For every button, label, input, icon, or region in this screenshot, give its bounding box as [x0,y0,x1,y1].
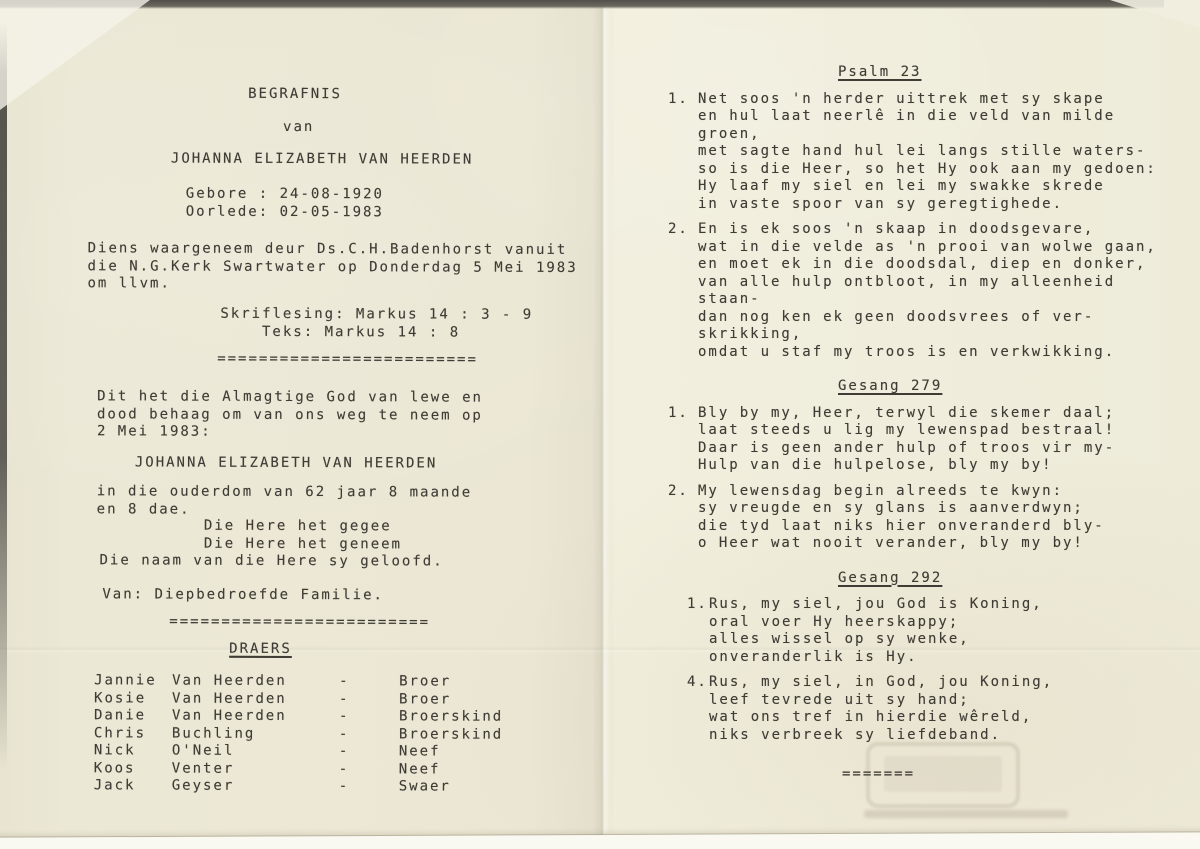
bearer-last: Van Heerden [172,708,339,726]
hymn-verse: 1.Rus, my siel, jou God is Koning, oral … [687,596,1184,666]
scripture-readings: Skriflesing: Markus 14 : 3 - 9 Teks: Mar… [220,306,533,342]
scan-edge-left [0,22,7,770]
right-page hymns-column: Psalm 231.Net soos 'n herder uittrek met… [668,64,1184,752]
bearer-first: Chris [94,725,172,743]
bearer-first: Nick [94,742,172,760]
bearer-last: O'Neil [172,743,339,761]
bearer-first: Jack [94,777,172,795]
verse-lines: My lewensdag begin alreeds te kwyn: sy v… [698,483,1105,553]
hymn-heading: Gesang 292 [838,570,1184,588]
hymn-heading-text: Psalm 23 [838,64,921,80]
obituary-text: Dit het die Almagtige God van lewe en do… [97,388,483,442]
hymn-heading: Psalm 23 [838,64,1184,82]
bearer-row: JackGeyser-Swaer [94,777,503,796]
scanned-funeral-program: { "colors": { "paper": "#eeebd9", "ink":… [0,0,1200,849]
bearer-dash: - [339,726,399,744]
bearer-row: NickO'Neil-Neef [94,742,503,761]
hymn-heading-text: Gesang 279 [838,378,942,394]
verse-lines: Bly by my, Heer, terwyl die skemer daal;… [698,405,1115,475]
bearers-table: JannieVan Heerden-BroerKosieVan Heerden-… [94,672,504,796]
deceased-name: JOHANNA ELIZABETH VAN HEERDEN [171,151,473,170]
divider-line: ========================= [169,614,430,632]
bearer-last: Van Heerden [172,690,339,708]
bearer-last: Venter [172,760,339,778]
bearer-first: Danie [94,707,172,725]
verse-number: 1. [668,91,698,214]
age-text: in die ouderdom van 62 jaar 8 maande en … [97,483,473,519]
bearer-dash: - [339,708,399,726]
bearer-dash: - [339,778,399,796]
bearers-heading: DRAERS [229,641,292,659]
scan-edge-top [0,0,1164,9]
hymn-verse: 4.Rus, my siel, in God, jou Koning, leef… [687,674,1184,744]
bearer-row: KoosVenter-Neef [94,760,503,779]
bearer-dash: - [339,761,399,779]
verse-number: 2. [668,483,698,553]
hymn-heading: Gesang 279 [838,378,1184,396]
bearer-rel: Broer [399,673,451,691]
hymn-verse: 1.Net soos 'n herder uittrek met sy skap… [668,91,1184,214]
verse-number: 4. [687,674,709,744]
bearer-last: Buchling [172,725,339,743]
bearer-rel: Broerskind [399,726,503,744]
verse-lines: Rus, my siel, jou God is Koning, oral vo… [709,596,1043,666]
verse-number: 2. [668,221,698,361]
bearer-rel: Broerskind [399,708,503,726]
bearer-row: JannieVan Heerden-Broer [94,672,503,691]
verse-lines: Net soos 'n herder uittrek met sy skape … [698,91,1157,214]
verse-number: 1. [687,596,709,666]
verse-lines: Rus, my siel, in God, jou Koning, leef t… [709,674,1053,744]
from-family-line: Van: Diepbedroefde Familie. [102,586,384,604]
service-note: Diens waargeneem deur Ds.C.H.Badenhorst … [87,240,577,294]
end-divider: ======= [842,766,915,784]
hymn-verse: 1.Bly by my, Heer, terwyl die skemer daa… [668,405,1184,475]
bearer-dash: - [339,743,399,761]
hymn-heading-text: Gesang 292 [838,570,942,586]
bearer-last: Geyser [172,778,339,796]
divider-line: ========================= [217,351,478,369]
bearer-rel: Swaer [399,778,451,796]
bearer-rel: Neef [399,743,441,761]
bearer-rel: Broer [399,691,451,709]
bearer-row: ChrisBuchling-Broerskind [94,725,503,744]
hymn-verse: 2.My lewensdag begin alreeds te kwyn: sy… [668,483,1184,553]
bearer-row: KosieVan Heerden-Broer [94,690,503,709]
program-title: BEGRAFNIS [248,86,342,104]
program-subtitle: van [283,119,314,137]
verse-number: 1. [668,405,698,475]
bearer-first: Kosie [94,690,172,708]
bearer-row: DanieVan Heerden-Broerskind [94,707,503,726]
deceased-name-repeat: JOHANNA ELIZABETH VAN HEERDEN [135,454,437,473]
bearer-rel: Neef [399,761,441,779]
bearer-dash: - [339,673,399,691]
bearer-dash: - [339,691,399,709]
bearer-first: Jannie [94,672,172,690]
scripture-quote: Die Here het gegee Die Here het geneem D… [99,517,443,571]
bearer-first: Koos [94,760,172,778]
bearer-last: Van Heerden [172,673,339,691]
hymn-verse: 2.En is ek soos 'n skaap in doodsgevare,… [668,221,1184,361]
birth-death-dates: Gebore : 24-08-1920 Oorlede: 02-05-1983 [186,186,384,222]
verse-lines: En is ek soos 'n skaap in doodsgevare, w… [698,221,1157,361]
